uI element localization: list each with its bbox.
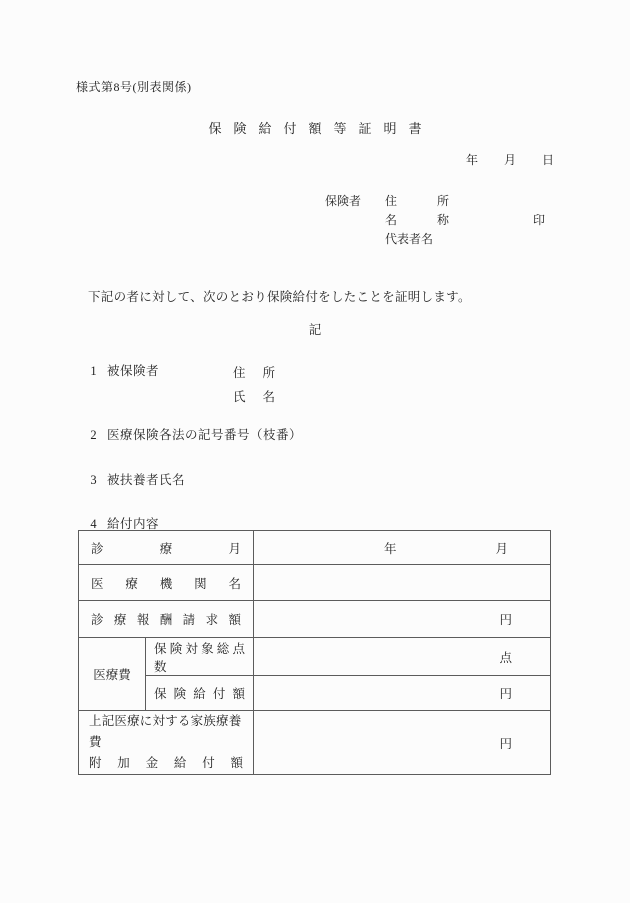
table-row-medical-institution: 医 療 機 関 名 <box>79 565 551 601</box>
table-row-claim-amount: 診 療 報 酬 請 求 額 円 <box>79 601 551 638</box>
insurer-representative-label: 代表者名 <box>385 230 433 249</box>
document-page: 様式第8号(別表関係) 保険給付額等証明書 年 月 日 保険者 住 所 名 称 … <box>0 0 630 903</box>
medical-institution-label: 医 療 機 関 名 <box>79 565 254 601</box>
date-day-label: 日 <box>542 151 554 168</box>
insurer-block: 保険者 住 所 名 称 印 代表者名 <box>325 192 565 249</box>
date-line: 年 月 日 <box>466 151 554 168</box>
date-month-label: 月 <box>504 151 516 168</box>
family-addition-unit: 円 <box>254 711 551 775</box>
table-row-treatment-month: 診 療 月 年 月 <box>79 531 551 565</box>
list-item-symbol-number: 2 医療保険各法の記号番号（枝番） <box>88 425 302 443</box>
item-number: 1 <box>88 364 99 379</box>
benefits-table: 診 療 月 年 月 医 療 機 関 名 診 療 報 酬 請 求 額 円 医療費 … <box>78 530 551 775</box>
insurer-representative-row: 代表者名 <box>325 230 565 249</box>
item-number: 2 <box>88 428 99 443</box>
family-addition-label-line1: 上記医療に対する家族療養費 <box>89 711 243 753</box>
list-item-dependent-name: 3 被扶養者氏名 <box>88 470 185 488</box>
insurer-address-row: 保険者 住 所 <box>325 192 565 211</box>
total-points-label: 保 険 対 象 総 点 数 <box>146 638 254 676</box>
table-row-family-addition: 上記医療に対する家族療養費 附 加 金 給 付 額 円 <box>79 711 551 775</box>
page-title: 保険給付額等証明書 <box>0 118 630 137</box>
benefit-amount-label: 保 険 給 付 額 <box>146 676 254 711</box>
insured-address-label: 住 所 <box>233 361 275 385</box>
item-label: 被保険者 <box>107 361 159 379</box>
insured-name-label: 氏 名 <box>233 385 275 409</box>
family-addition-label: 上記医療に対する家族療養費 附 加 金 給 付 額 <box>79 711 254 775</box>
family-addition-label-line2: 附 加 金 給 付 額 <box>89 753 243 774</box>
insurer-address-label: 住 所 <box>385 192 449 211</box>
ki-heading: 記 <box>0 320 630 338</box>
insured-sub-labels: 住 所 氏 名 <box>233 361 275 409</box>
claim-amount-label: 診 療 報 酬 請 求 額 <box>79 601 254 638</box>
treatment-month-value: 年 月 <box>254 531 551 565</box>
list-item-insured: 1 被保険者 <box>88 361 159 379</box>
item-number: 3 <box>88 473 99 488</box>
insurer-name-row: 名 称 印 <box>325 211 565 230</box>
insurer-name-label: 名 称 <box>385 211 449 230</box>
benefit-amount-unit: 円 <box>254 676 551 711</box>
treatment-month-unit: 月 <box>496 539 509 557</box>
medical-cost-label: 医療費 <box>79 638 146 711</box>
insurer-label: 保険者 <box>325 192 385 211</box>
item-label: 医療保険各法の記号番号（枝番） <box>107 425 302 443</box>
total-points-unit: 点 <box>254 638 551 676</box>
treatment-year-unit: 年 <box>384 539 397 557</box>
insurer-seal: 印 <box>533 211 545 230</box>
medical-institution-value <box>254 565 551 601</box>
claim-amount-unit: 円 <box>254 601 551 638</box>
table-row-benefit-amount: 保 険 給 付 額 円 <box>79 676 551 711</box>
certify-statement: 下記の者に対して、次のとおり保険給付をしたことを証明します。 <box>88 287 471 305</box>
form-number: 様式第8号(別表関係) <box>76 78 192 95</box>
treatment-month-label: 診 療 月 <box>79 531 254 565</box>
date-year-label: 年 <box>466 151 478 168</box>
table-row-total-points: 医療費 保 険 対 象 総 点 数 点 <box>79 638 551 676</box>
item-label: 被扶養者氏名 <box>107 470 185 488</box>
